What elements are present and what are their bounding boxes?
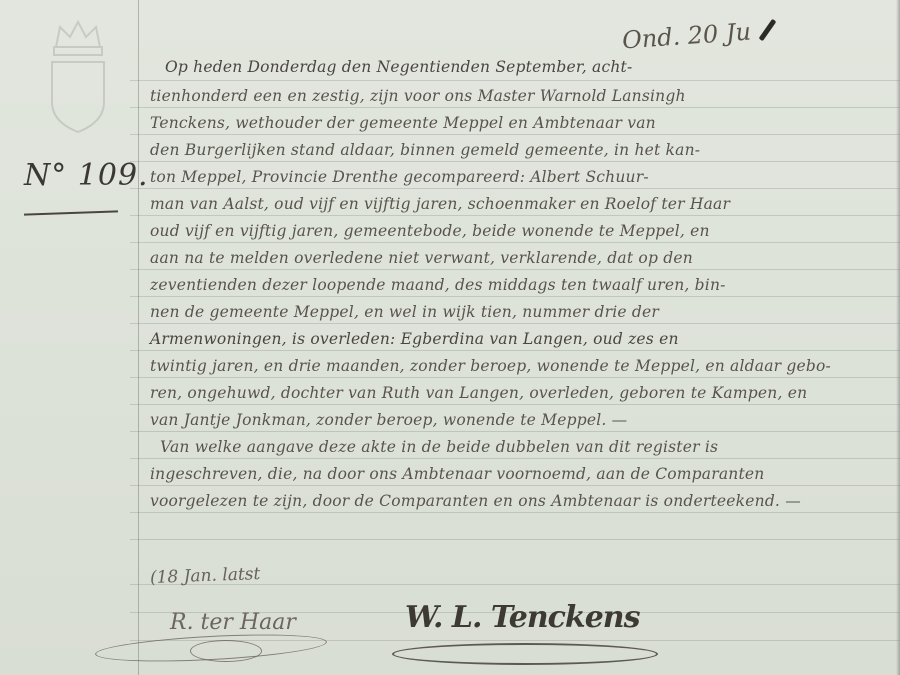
text-line-11: Armenwoningen, is overleden: Egberdina v…	[150, 330, 890, 348]
ink-stroke	[759, 19, 777, 42]
text-line-1: Op heden Donderdag den Negentienden Sept…	[165, 58, 890, 76]
ruled-line	[130, 215, 900, 216]
text-line-5: ton Meppel, Provincie Drenthe gecomparee…	[150, 168, 890, 186]
ruled-line	[130, 80, 900, 81]
ruled-line	[130, 404, 900, 405]
ruled-line	[130, 539, 900, 540]
ruled-line	[130, 161, 900, 162]
text-line-8: aan na te melden overledene niet verwant…	[150, 249, 890, 267]
ruled-line	[130, 323, 900, 324]
text-line-15: Van welke aangave deze akte in de beide …	[160, 438, 890, 456]
ruled-line	[130, 458, 900, 459]
margin-annotation: Ond. 20 Ju	[621, 18, 752, 55]
ruled-line	[130, 431, 900, 432]
document-page: Ond. 20 Ju N° 109. Op heden Donderdag de…	[0, 0, 900, 675]
embossed-seal-icon	[38, 2, 118, 142]
text-line-7: oud vijf en vijftig jaren, gemeentebode,…	[150, 222, 890, 240]
record-number: N° 109.	[24, 158, 149, 193]
text-line-12: twintig jaren, en drie maanden, zonder b…	[150, 357, 890, 375]
ruled-line	[130, 134, 900, 135]
ruled-line	[130, 350, 900, 351]
margin-rule	[138, 0, 139, 675]
ruled-line	[130, 242, 900, 243]
text-line-4: den Burgerlijken stand aldaar, binnen ge…	[150, 141, 890, 159]
ruled-line	[130, 485, 900, 486]
text-line-16: ingeschreven, die, na door ons Ambtenaar…	[150, 465, 890, 483]
text-line-6: man van Aalst, oud vijf en vijftig jaren…	[150, 195, 890, 213]
ruled-line	[130, 296, 900, 297]
official-signature: W. L. Tenckens	[405, 600, 640, 635]
ruled-line	[130, 377, 900, 378]
page-edge	[896, 0, 900, 675]
text-line-3: Tenckens, wethouder der gemeente Meppel …	[150, 114, 890, 132]
ruled-line	[130, 107, 900, 108]
witness-signature: R. ter Haar	[170, 610, 296, 635]
ruled-line	[130, 188, 900, 189]
marginal-note: (18 Jan. latst	[150, 564, 261, 588]
ruled-line	[130, 269, 900, 270]
text-line-10: nen de gemeente Meppel, en wel in wijk t…	[150, 303, 890, 321]
text-line-9: zeventienden dezer loopende maand, des m…	[150, 276, 890, 294]
text-line-2: tienhonderd een en zestig, zijn voor ons…	[150, 87, 890, 105]
text-line-17: voorgelezen te zijn, door de Comparanten…	[150, 492, 890, 510]
ruled-line	[130, 512, 900, 513]
signature-flourish	[190, 640, 262, 662]
text-line-13: ren, ongehuwd, dochter van Ruth van Lang…	[150, 384, 890, 402]
signature-flourish	[392, 643, 658, 665]
record-number-underline	[24, 210, 118, 215]
text-line-14: van Jantje Jonkman, zonder beroep, wonen…	[150, 411, 890, 429]
